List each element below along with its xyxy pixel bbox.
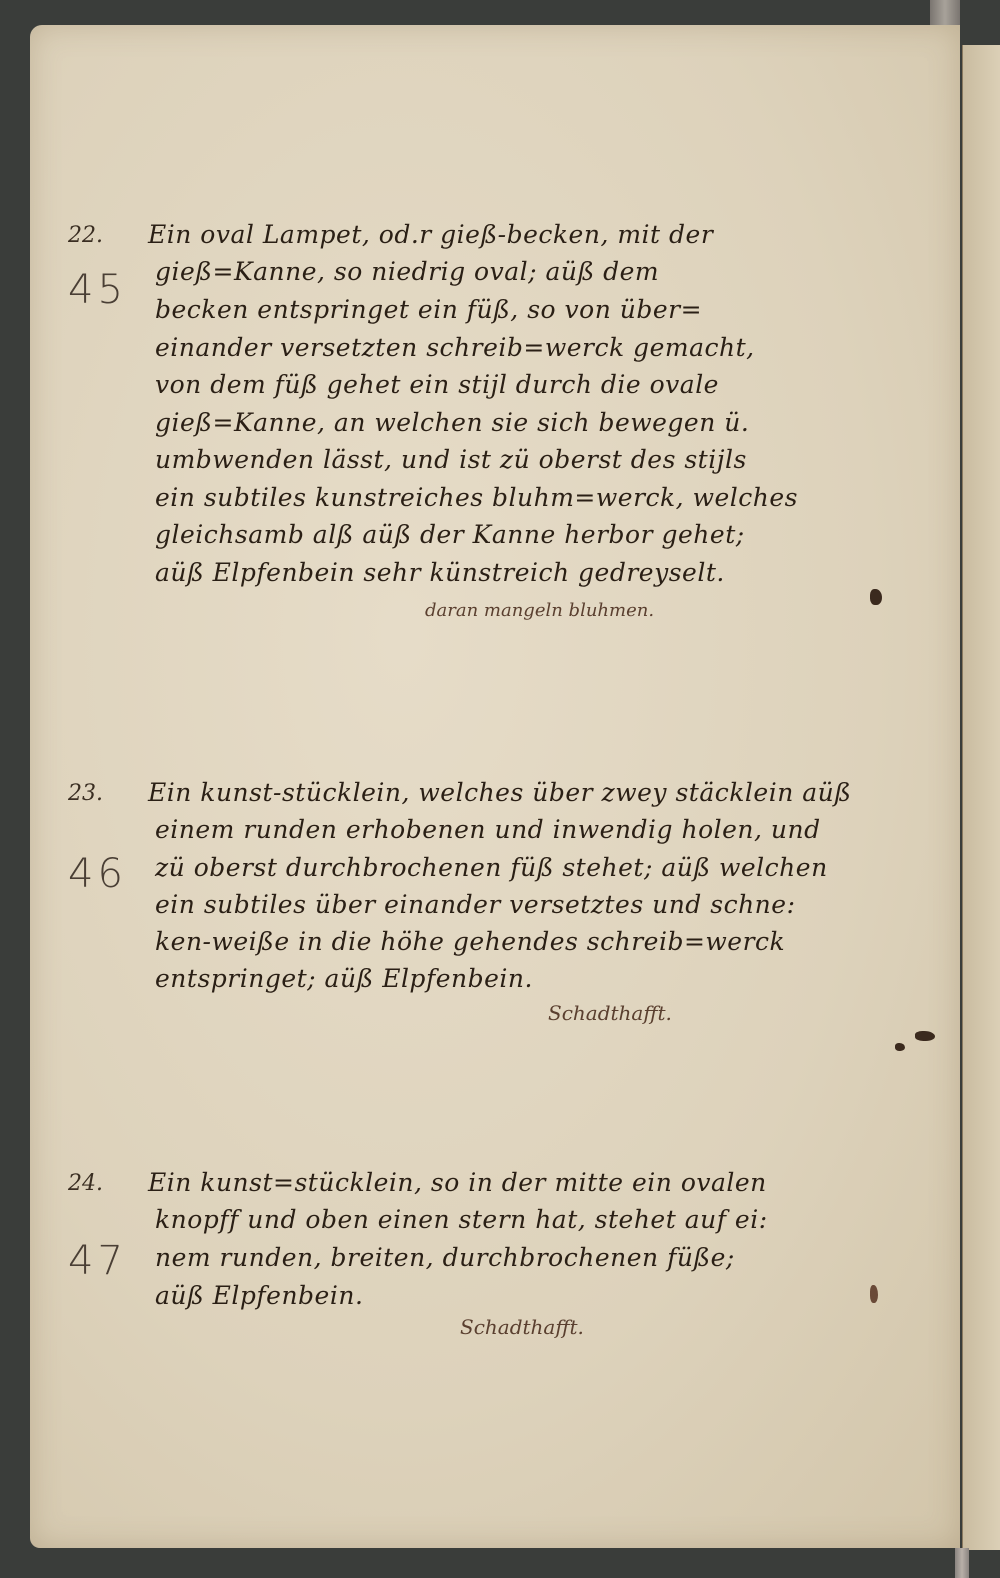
binding-bottom: [955, 1548, 969, 1578]
ink-mark: [870, 1285, 878, 1303]
annotation-note: daran mangeln bluhmen.: [425, 600, 654, 621]
adjacent-page-edge: [962, 45, 1000, 1550]
ink-blot: [915, 1031, 935, 1041]
text-line: entspringet; aüß Elpfenbein.: [155, 964, 533, 993]
text-line: gieß=Kanne, an welchen sie sich bewegen …: [155, 408, 749, 437]
text-line: Ein oval Lampet, od.r gieß-becken, mit d…: [148, 220, 713, 249]
text-line: Ein kunst=stücklein, so in der mitte ein…: [148, 1168, 767, 1197]
entry-marker: 23.: [68, 781, 103, 806]
entry-marker: 24.: [68, 1171, 103, 1196]
text-line: aüß Elpfenbein.: [155, 1281, 363, 1310]
text-line: nem runden, breiten, durchbrochenen füße…: [155, 1243, 735, 1272]
ink-blot: [895, 1043, 905, 1051]
text-line: einander versetzten schreib=werck gemach…: [155, 333, 755, 362]
ink-mark: [870, 589, 882, 605]
text-line: ein subtiles kunstreiches bluhm=werck, w…: [155, 483, 798, 512]
text-line: becken entspringet ein füß, so von über=: [155, 295, 702, 324]
text-line: ein subtiles über einander versetztes un…: [155, 890, 796, 919]
entry-marker: 22.: [68, 223, 103, 248]
text-line: gieß=Kanne, so niedrig oval; aüß dem: [155, 257, 659, 286]
text-line: von dem füß gehet ein stijl durch die ov…: [155, 370, 719, 399]
text-line: knopff und oben einen stern hat, stehet …: [155, 1205, 768, 1234]
text-line: gleichsamb alß aüß der Kanne herbor gehe…: [155, 520, 745, 549]
text-line: ken-weiße in die höhe gehendes schreib=w…: [155, 927, 785, 956]
annotation-note: Schadthafft.: [460, 1315, 584, 1339]
entry-number: 45: [68, 267, 127, 313]
text-line: aüß Elpfenbein sehr künstreich gedreysel…: [155, 558, 725, 587]
entry-number: 46: [68, 851, 127, 897]
text-line: zü oberst durchbrochenen füß stehet; aüß…: [155, 853, 828, 882]
entry-number: 47: [68, 1238, 127, 1284]
text-line: umbwenden lässt, und ist zü oberst des s…: [155, 445, 747, 474]
text-line: Ein kunst-stücklein, welches über zwey s…: [148, 778, 851, 807]
annotation-note: Schadthafft.: [548, 1001, 672, 1025]
text-line: einem runden erhobenen und inwendig hole…: [155, 815, 821, 844]
manuscript-page: 22. 45 Ein oval Lampet, od.r gieß-becken…: [30, 25, 960, 1548]
